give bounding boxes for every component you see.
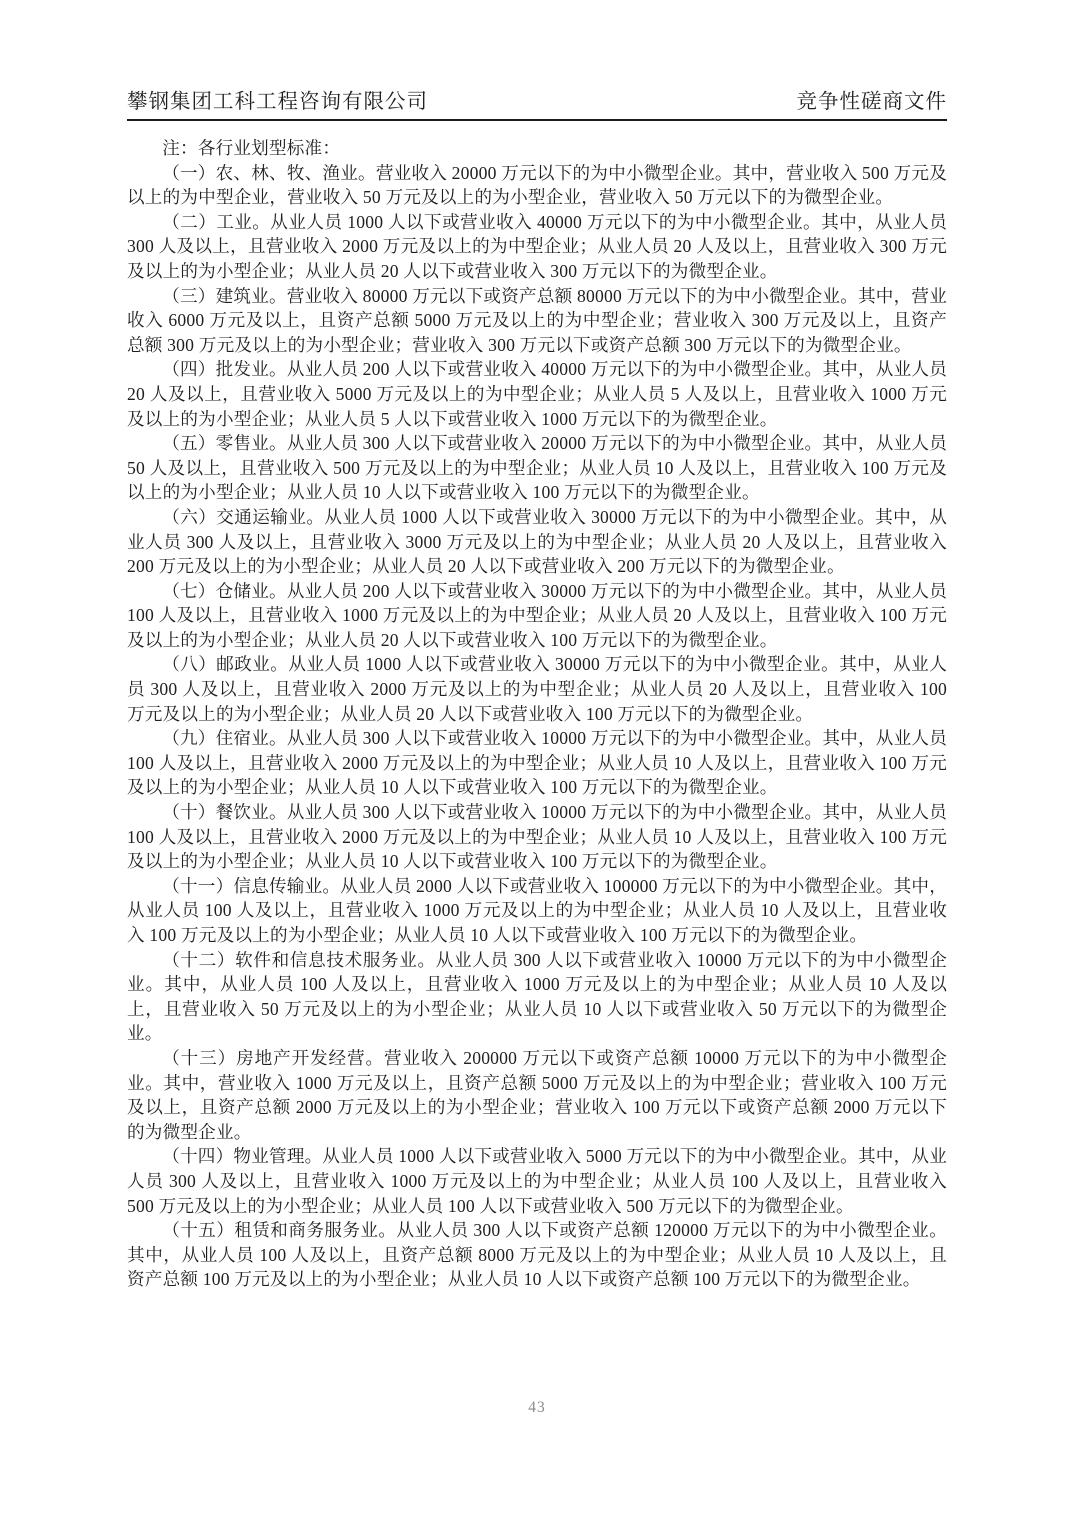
header-doc-type: 竞争性磋商文件	[797, 84, 948, 114]
industry-paragraph-agriculture: （一）农、林、牧、渔业。营业收入 20000 万元以下的为中小微型企业。其中，营…	[127, 161, 947, 210]
page-header: 攀钢集团工科工程咨询有限公司 竞争性磋商文件	[127, 84, 947, 121]
industry-paragraph-wholesale: （四）批发业。从业人员 200 人以下或营业收入 40000 万元以下的为中小微…	[127, 357, 947, 431]
page-number: 43	[0, 1399, 1074, 1417]
note-heading: 注：各行业划型标准：	[127, 136, 947, 161]
industry-paragraph-retail: （五）零售业。从业人员 300 人以下或营业收入 20000 万元以下的为中小微…	[127, 431, 947, 505]
page-content-area: 攀钢集团工科工程咨询有限公司 竞争性磋商文件 注：各行业划型标准： （一）农、林…	[0, 0, 1074, 1292]
industry-paragraph-property: （十四）物业管理。从业人员 1000 人以下或营业收入 5000 万元以下的为中…	[127, 1144, 947, 1218]
industry-paragraph-catering: （十）餐饮业。从业人员 300 人以下或营业收入 10000 万元以下的为中小微…	[127, 800, 947, 874]
industry-paragraph-accommodation: （九）住宿业。从业人员 300 人以下或营业收入 10000 万元以下的为中小微…	[127, 726, 947, 800]
industry-paragraph-realestate: （十三）房地产开发经营。营业收入 200000 万元以下或资产总额 10000 …	[127, 1046, 947, 1144]
header-company-name: 攀钢集团工科工程咨询有限公司	[127, 84, 428, 114]
industry-paragraph-warehousing: （七）仓储业。从业人员 200 人以下或营业收入 30000 万元以下的为中小微…	[127, 579, 947, 653]
industry-paragraph-leasing: （十五）租赁和商务服务业。从业人员 300 人以下或资产总额 120000 万元…	[127, 1218, 947, 1292]
industry-paragraph-postal: （八）邮政业。从业人员 1000 人以下或营业收入 30000 万元以下的为中小…	[127, 652, 947, 726]
industry-paragraph-transport: （六）交通运输业。从业人员 1000 人以下或营业收入 30000 万元以下的为…	[127, 505, 947, 579]
document-body: 注：各行业划型标准： （一）农、林、牧、渔业。营业收入 20000 万元以下的为…	[127, 136, 947, 1292]
document-page: 攀钢集团工科工程咨询有限公司 竞争性磋商文件 注：各行业划型标准： （一）农、林…	[0, 0, 1074, 1520]
industry-paragraph-software: （十二）软件和信息技术服务业。从业人员 300 人以下或营业收入 10000 万…	[127, 948, 947, 1046]
industry-paragraph-construction: （三）建筑业。营业收入 80000 万元以下或资产总额 80000 万元以下的为…	[127, 284, 947, 358]
industry-paragraph-industrial: （二）工业。从业人员 1000 人以下或营业收入 40000 万元以下的为中小微…	[127, 210, 947, 284]
industry-paragraph-information: （十一）信息传输业。从业人员 2000 人以下或营业收入 100000 万元以下…	[127, 874, 947, 948]
